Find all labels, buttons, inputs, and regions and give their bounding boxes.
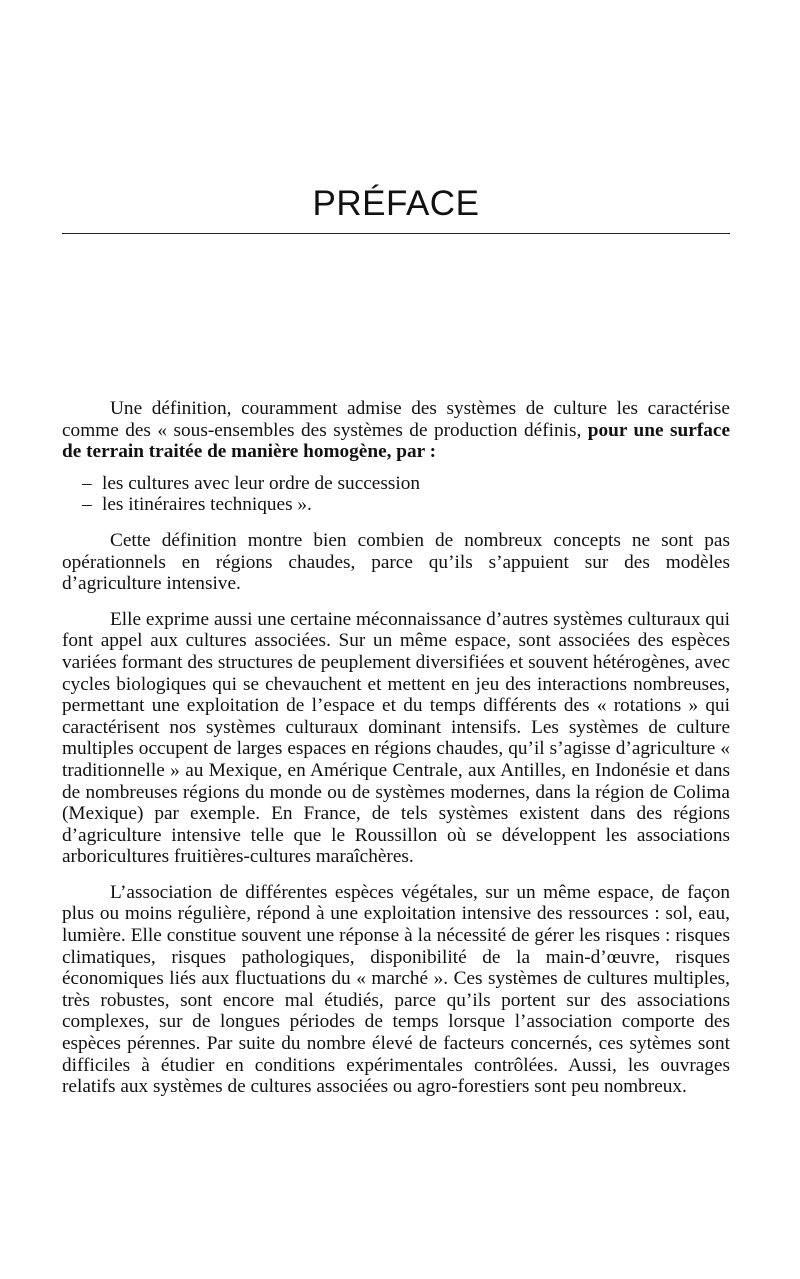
paragraph-cultures-associees: Elle exprime aussi une certaine méconnai… (62, 609, 730, 868)
definition-list: –les cultures avec leur ordre de success… (62, 473, 730, 516)
paragraph-concepts: Cette définition montre bien combien de … (62, 530, 730, 595)
list-item-text: les cultures avec leur ordre de successi… (102, 473, 420, 494)
dash-bullet: – (82, 473, 102, 495)
title-rule-divider (62, 233, 730, 234)
paragraph-association-especes: L’association de différentes espèces vég… (62, 882, 730, 1098)
dash-bullet: – (82, 494, 102, 516)
list-item: –les cultures avec leur ordre de success… (82, 473, 730, 495)
list-item: –les itinéraires techniques ». (82, 494, 730, 516)
paragraph-definition: Une définition, couramment admise des sy… (62, 398, 730, 463)
list-item-text: les itinéraires techniques ». (102, 494, 312, 515)
page-title: PRÉFACE (62, 180, 730, 228)
preface-body: Une définition, couramment admise des sy… (62, 398, 730, 1112)
